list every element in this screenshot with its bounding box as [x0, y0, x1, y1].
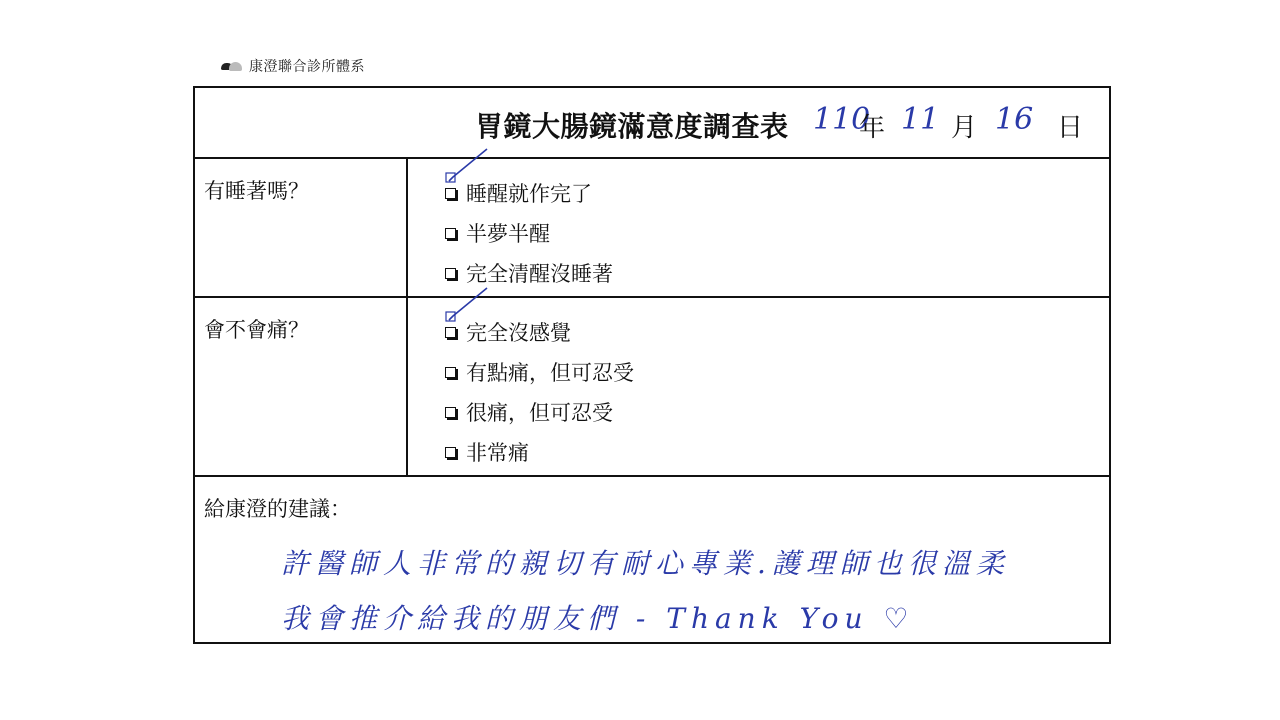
fan-logo-icon [221, 60, 243, 72]
question-label: 會不會痛？ [204, 314, 309, 344]
handwritten-comment-line[interactable]: 我會推介給我的朋友們 - Thank You ♡ [281, 597, 915, 637]
option-label: 非常痛 [466, 437, 529, 467]
checkbox[interactable] [445, 407, 456, 418]
option-label: 有點痛，但可忍受 [466, 357, 634, 387]
checkbox[interactable] [445, 228, 456, 239]
checkbox-checked[interactable] [445, 327, 456, 338]
month-value[interactable]: 11 [901, 102, 939, 137]
form-title: 胃鏡大腸鏡滿意度調查表 [475, 105, 789, 145]
option-item[interactable]: 很痛，但可忍受 [445, 392, 634, 432]
day-label: 日 [1057, 107, 1083, 144]
option-label: 完全清醒沒睡著 [466, 258, 613, 288]
question-label: 有睡著嗎？ [204, 175, 309, 205]
option-item[interactable]: 有點痛，但可忍受 [445, 352, 634, 392]
checkmark-icon [443, 147, 493, 187]
suggestions-section: 給康澄的建議： 許醫師人非常的親切有耐心專業.護理師也很溫柔 我會推介給我的朋友… [195, 475, 1109, 642]
option-item[interactable]: 完全沒感覺 [445, 312, 634, 352]
question-pain: 會不會痛？ 完全沒感覺 有點痛，但可忍受 很痛，但可忍受 非常痛 [195, 296, 1109, 477]
month-label: 月 [951, 107, 977, 144]
suggestions-label: 給康澄的建議： [204, 493, 351, 523]
year-label: 年 [859, 107, 885, 144]
checkmark-icon [443, 286, 493, 326]
option-item[interactable]: 非常痛 [445, 432, 634, 472]
option-label: 半夢半醒 [466, 218, 550, 248]
organization-name: 康澄聯合診所體系 [249, 56, 365, 76]
handwritten-comment-line[interactable]: 許醫師人非常的親切有耐心專業.護理師也很溫柔 [281, 542, 1010, 582]
checkbox-checked[interactable] [445, 188, 456, 199]
option-list: 完全沒感覺 有點痛，但可忍受 很痛，但可忍受 非常痛 [445, 312, 634, 472]
question-sleep: 有睡著嗎？ 睡醒就作完了 半夢半醒 完全清醒沒睡著 [195, 157, 1109, 298]
checkbox[interactable] [445, 268, 456, 279]
question-cell: 有睡著嗎？ [195, 157, 408, 296]
option-item[interactable]: 半夢半醒 [445, 213, 613, 253]
question-cell: 會不會痛？ [195, 296, 408, 475]
day-value[interactable]: 16 [995, 102, 1033, 137]
option-item[interactable]: 睡醒就作完了 [445, 173, 613, 213]
option-label: 很痛，但可忍受 [466, 397, 613, 427]
checkbox[interactable] [445, 447, 456, 458]
option-list: 睡醒就作完了 半夢半醒 完全清醒沒睡著 [445, 173, 613, 293]
checkbox[interactable] [445, 367, 456, 378]
clinic-header: 康澄聯合診所體系 [221, 56, 365, 76]
survey-form: 胃鏡大腸鏡滿意度調查表 110 年 11 月 16 日 有睡著嗎？ 睡醒就作完了… [193, 86, 1111, 644]
title-row: 胃鏡大腸鏡滿意度調查表 110 年 11 月 16 日 [195, 88, 1109, 159]
